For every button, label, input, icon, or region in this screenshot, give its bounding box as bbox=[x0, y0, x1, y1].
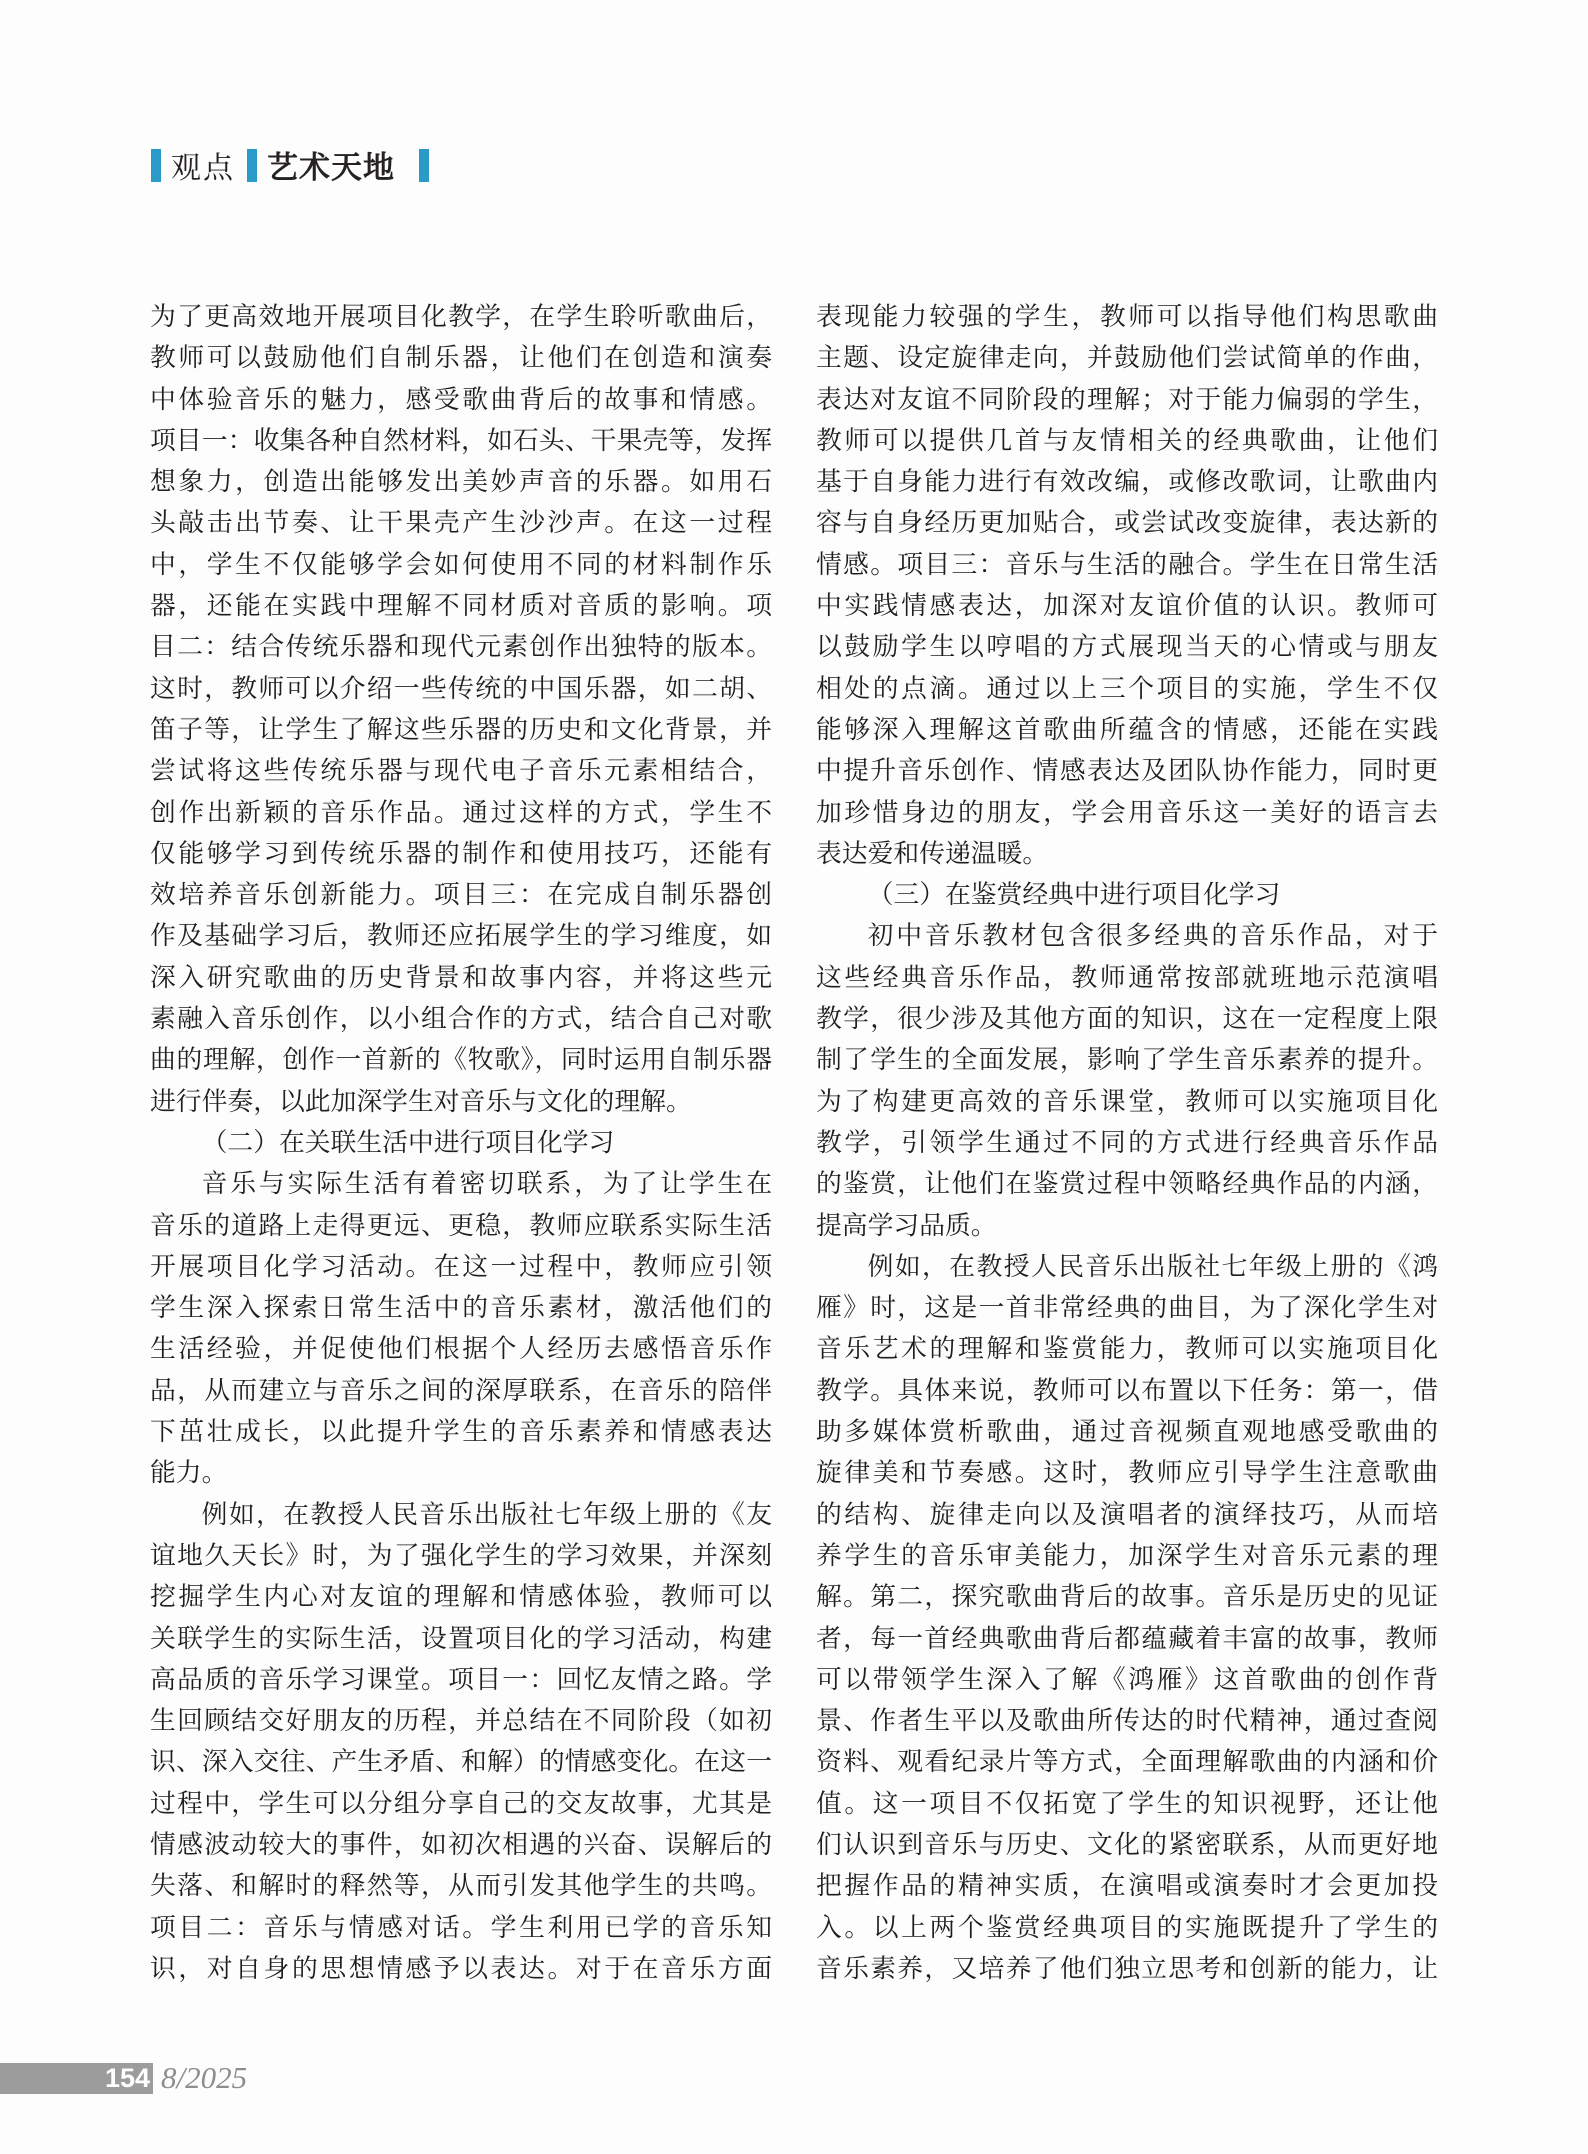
text-line: 资料、观看纪录片等方式，全面理解歌曲的内涵和价 bbox=[816, 1741, 1438, 1782]
header-accent-bar-icon bbox=[247, 149, 257, 182]
text-line: 器，还能在实践中理解不同材质对音质的影响。项 bbox=[150, 585, 772, 626]
text-line: 助多媒体赏析歌曲，通过音视频直观地感受歌曲的 bbox=[816, 1411, 1438, 1452]
text-line: 雁》时，这是一首非常经典的曲目，为了深化学生对 bbox=[816, 1287, 1438, 1328]
text-line: 把握作品的精神实质，在演唱或演奏时才会更加投 bbox=[816, 1865, 1438, 1906]
text-line: 开展项目化学习活动。在这一过程中，教师应引领 bbox=[150, 1246, 772, 1287]
text-line: 进行伴奏，以此加深学生对音乐与文化的理解。 bbox=[150, 1081, 772, 1122]
header-accent-bar-icon bbox=[151, 149, 161, 182]
text-line: 情感。项目三：音乐与生活的融合。学生在日常生活 bbox=[816, 544, 1438, 585]
section-heading: （二）在关联生活中进行项目化学习 bbox=[150, 1122, 772, 1163]
text-line: 识、深入交往、产生矛盾、和解）的情感变化。在这一 bbox=[150, 1741, 772, 1782]
text-line: 们认识到音乐与历史、文化的紧密联系，从而更好地 bbox=[816, 1824, 1438, 1865]
text-line: 例如，在教授人民音乐出版社七年级上册的《鸿 bbox=[816, 1246, 1438, 1287]
text-line: 相处的点滴。通过以上三个项目的实施，学生不仅 bbox=[816, 668, 1438, 709]
text-line: 效培养音乐创新能力。项目三：在完成自制乐器创 bbox=[150, 874, 772, 915]
text-line: 表现能力较强的学生，教师可以指导他们构思歌曲 bbox=[816, 296, 1438, 337]
header-section-label: 观点 bbox=[171, 143, 235, 187]
text-line: 过程中，学生可以分组分享自己的交友故事，尤其是 bbox=[150, 1783, 772, 1824]
text-line: 表达爱和传递温暖。 bbox=[816, 833, 1438, 874]
text-line: 教师可以提供几首与友情相关的经典歌曲，让他们 bbox=[816, 420, 1438, 461]
text-line: 的结构、旋律走向以及演唱者的演绎技巧，从而培 bbox=[816, 1494, 1438, 1535]
text-line: 养学生的音乐审美能力，加深学生对音乐元素的理 bbox=[816, 1535, 1438, 1576]
text-line: 头敲击出节奏、让干果壳产生沙沙声。在这一过程 bbox=[150, 502, 772, 543]
text-column-right: 表现能力较强的学生，教师可以指导他们构思歌曲主题、设定旋律走向，并鼓励他们尝试简… bbox=[816, 296, 1438, 1989]
text-line: 解。第二，探究歌曲背后的故事。音乐是历史的见证 bbox=[816, 1576, 1438, 1617]
text-line: 中体验音乐的魅力，感受歌曲背后的故事和情感。 bbox=[150, 379, 772, 420]
text-line: 以鼓励学生以哼唱的方式展现当天的心情或与朋友 bbox=[816, 626, 1438, 667]
text-line: 曲的理解，创作一首新的《牧歌》，同时运用自制乐器 bbox=[150, 1039, 772, 1080]
text-line: 这时，教师可以介绍一些传统的中国乐器，如二胡、 bbox=[150, 668, 772, 709]
text-line: 创作出新颖的音乐作品。通过这样的方式，学生不 bbox=[150, 792, 772, 833]
text-line: 教学，很少涉及其他方面的知识，这在一定程度上限 bbox=[816, 998, 1438, 1039]
text-line: 入。以上两个鉴赏经典项目的实施既提升了学生的 bbox=[816, 1907, 1438, 1948]
text-line: 基于自身能力进行有效改编，或修改歌词，让歌曲内 bbox=[816, 461, 1438, 502]
text-line: 可以带领学生深入了解《鸿雁》这首歌曲的创作背 bbox=[816, 1659, 1438, 1700]
text-line: 初中音乐教材包含很多经典的音乐作品，对于 bbox=[816, 915, 1438, 956]
text-line: 这些经典音乐作品，教师通常按部就班地示范演唱 bbox=[816, 957, 1438, 998]
text-line: 值。这一项目不仅拓宽了学生的知识视野，还让他 bbox=[816, 1783, 1438, 1824]
text-line: 素融入音乐创作，以小组合作的方式，结合自己对歌 bbox=[150, 998, 772, 1039]
text-line: 笛子等，让学生了解这些乐器的历史和文化背景，并 bbox=[150, 709, 772, 750]
section-heading: （三）在鉴赏经典中进行项目化学习 bbox=[816, 874, 1438, 915]
text-line: 中实践情感表达，加深对友谊价值的认识。教师可 bbox=[816, 585, 1438, 626]
text-line: 情感波动较大的事件，如初次相遇的兴奋、误解后的 bbox=[150, 1824, 772, 1865]
text-line: 高品质的音乐学习课堂。项目一：回忆友情之路。学 bbox=[150, 1659, 772, 1700]
text-line: 表达对友谊不同阶段的理解；对于能力偏弱的学生， bbox=[816, 379, 1438, 420]
text-line: 识，对自身的思想情感予以表达。对于在音乐方面 bbox=[150, 1948, 772, 1989]
text-line: 能力。 bbox=[150, 1452, 772, 1493]
text-line: 生活经验，并促使他们根据个人经历去感悟音乐作 bbox=[150, 1328, 772, 1369]
text-line: 教学，引领学生通过不同的方式进行经典音乐作品 bbox=[816, 1122, 1438, 1163]
text-line: 项目一：收集各种自然材料，如石头、干果壳等，发挥 bbox=[150, 420, 772, 461]
text-line: 目二：结合传统乐器和现代元素创作出独特的版本。 bbox=[150, 626, 772, 667]
text-line: 提高学习品质。 bbox=[816, 1205, 1438, 1246]
issue-number: 8/2025 bbox=[161, 2061, 247, 2095]
text-line: 作及基础学习后，教师还应拓展学生的学习维度，如 bbox=[150, 915, 772, 956]
footer-page-bar: 154 bbox=[0, 2063, 153, 2094]
magazine-page: 观点 艺术天地 为了更高效地开展项目化教学，在学生聆听歌曲后，教师可以鼓励他们自… bbox=[0, 0, 1588, 2154]
text-line: 项目二：音乐与情感对话。学生利用已学的音乐知 bbox=[150, 1907, 772, 1948]
text-line: 的鉴赏，让他们在鉴赏过程中领略经典作品的内涵， bbox=[816, 1163, 1438, 1204]
text-line: 制了学生的全面发展，影响了学生音乐素养的提升。 bbox=[816, 1039, 1438, 1080]
text-line: 谊地久天长》时，为了强化学生的学习效果，并深刻 bbox=[150, 1535, 772, 1576]
text-line: 下茁壮成长，以此提升学生的音乐素养和情感表达 bbox=[150, 1411, 772, 1452]
text-line: 深入研究歌曲的历史背景和故事内容，并将这些元 bbox=[150, 957, 772, 998]
text-line: 生回顾结交好朋友的历程，并总结在不同阶段（如初 bbox=[150, 1700, 772, 1741]
text-line: 音乐素养，又培养了他们独立思考和创新的能力，让 bbox=[816, 1948, 1438, 1989]
text-line: 关联学生的实际生活，设置项目化的学习活动，构建 bbox=[150, 1618, 772, 1659]
text-line: 仅能够学习到传统乐器的制作和使用技巧，还能有 bbox=[150, 833, 772, 874]
page-number: 154 bbox=[105, 2063, 153, 2094]
text-line: 主题、设定旋律走向，并鼓励他们尝试简单的作曲， bbox=[816, 337, 1438, 378]
text-line: 音乐的道路上走得更远、更稳，教师应联系实际生活 bbox=[150, 1205, 772, 1246]
text-line: 教师可以鼓励他们自制乐器，让他们在创造和演奏 bbox=[150, 337, 772, 378]
text-line: 能够深入理解这首歌曲所蕴含的情感，还能在实践 bbox=[816, 709, 1438, 750]
text-line: 中提升音乐创作、情感表达及团队协作能力，同时更 bbox=[816, 750, 1438, 791]
text-line: 音乐与实际生活有着密切联系，为了让学生在 bbox=[150, 1163, 772, 1204]
text-column-left: 为了更高效地开展项目化教学，在学生聆听歌曲后，教师可以鼓励他们自制乐器，让他们在… bbox=[150, 296, 772, 1989]
text-line: 为了更高效地开展项目化教学，在学生聆听歌曲后， bbox=[150, 296, 772, 337]
text-line: 音乐艺术的理解和鉴赏能力，教师可以实施项目化 bbox=[816, 1328, 1438, 1369]
text-line: 品，从而建立与音乐之间的深厚联系，在音乐的陪伴 bbox=[150, 1370, 772, 1411]
text-line: 中，学生不仅能够学会如何使用不同的材料制作乐 bbox=[150, 544, 772, 585]
text-line: 容与自身经历更加贴合，或尝试改变旋律，表达新的 bbox=[816, 502, 1438, 543]
text-line: 为了构建更高效的音乐课堂，教师可以实施项目化 bbox=[816, 1081, 1438, 1122]
text-line: 加珍惜身边的朋友，学会用音乐这一美好的语言去 bbox=[816, 792, 1438, 833]
text-line: 景、作者生平以及歌曲所传达的时代精神，通过查阅 bbox=[816, 1700, 1438, 1741]
text-line: 挖掘学生内心对友谊的理解和情感体验，教师可以 bbox=[150, 1576, 772, 1617]
text-line: 例如，在教授人民音乐出版社七年级上册的《友 bbox=[150, 1494, 772, 1535]
text-line: 尝试将这些传统乐器与现代电子音乐元素相结合， bbox=[150, 750, 772, 791]
page-header: 观点 艺术天地 bbox=[151, 147, 429, 182]
text-line: 旋律美和节奏感。这时，教师应引导学生注意歌曲 bbox=[816, 1452, 1438, 1493]
text-line: 教学。具体来说，教师可以布置以下任务：第一，借 bbox=[816, 1370, 1438, 1411]
text-line: 失落、和解时的释然等，从而引发其他学生的共鸣。 bbox=[150, 1865, 772, 1906]
header-column-title: 艺术天地 bbox=[267, 142, 395, 187]
header-accent-bar-icon bbox=[419, 149, 429, 182]
text-line: 者，每一首经典歌曲背后都蕴藏着丰富的故事，教师 bbox=[816, 1618, 1438, 1659]
text-line: 想象力，创造出能够发出美妙声音的乐器。如用石 bbox=[150, 461, 772, 502]
text-line: 学生深入探索日常生活中的音乐素材，激活他们的 bbox=[150, 1287, 772, 1328]
